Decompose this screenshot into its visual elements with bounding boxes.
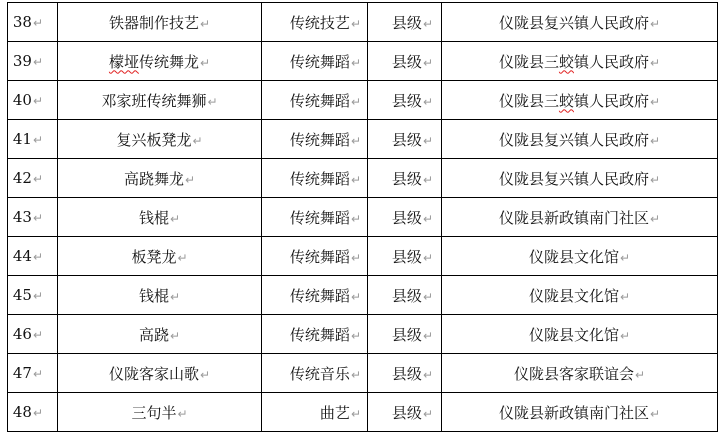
table-row: 48↵ 三句半↵ 曲艺↵ 县级↵ 仪陇县新政镇南门社区↵ xyxy=(8,393,718,432)
project-name: 板凳龙 xyxy=(131,248,176,266)
project-name-cell[interactable]: 檬垭传统舞龙↵ xyxy=(58,42,262,81)
applicant-unit: 仪陇县客家联谊会 xyxy=(514,365,634,383)
paragraph-mark-icon: ↵ xyxy=(33,55,43,69)
paragraph-mark-icon: ↵ xyxy=(170,212,180,226)
paragraph-mark-icon: ↵ xyxy=(192,134,202,148)
row-number-cell[interactable]: 42↵ xyxy=(8,159,58,198)
row-number-cell[interactable]: 46↵ xyxy=(8,315,58,354)
applicant-unit-cell[interactable]: 仪陇县文化馆↵ xyxy=(442,276,718,315)
level-cell[interactable]: 县级↵ xyxy=(368,198,442,237)
row-number: 46 xyxy=(13,325,32,343)
applicant-unit-cell[interactable]: 仪陇县客家联谊会↵ xyxy=(442,354,718,393)
applicant-unit-cell[interactable]: 仪陇县复兴镇人民政府↵ xyxy=(442,3,718,42)
applicant-unit-cell[interactable]: 仪陇县文化馆↵ xyxy=(442,315,718,354)
row-number-cell[interactable]: 38↵ xyxy=(8,3,58,42)
category: 传统舞蹈 xyxy=(290,92,350,110)
level: 县级 xyxy=(392,170,422,188)
row-number: 43 xyxy=(13,208,32,226)
applicant-unit-cell[interactable]: 仪陇县新政镇南门社区↵ xyxy=(442,393,718,432)
table-row: 43↵ 钱棍↵ 传统舞蹈↵ 县级↵ 仪陇县新政镇南门社区↵ xyxy=(8,198,718,237)
applicant-unit: 仪陇县文化馆 xyxy=(529,248,619,266)
heritage-projects-table: 38↵ 铁器制作技艺↵ 传统技艺↵ 县级↵ 仪陇县复兴镇人民政府↵ 39↵ 檬垭… xyxy=(7,2,718,432)
applicant-unit: 仪陇县文化馆 xyxy=(529,287,619,305)
paragraph-mark-icon: ↵ xyxy=(423,251,433,265)
level: 县级 xyxy=(392,326,422,344)
category-cell[interactable]: 传统舞蹈↵ xyxy=(262,42,368,81)
category-cell[interactable]: 传统舞蹈↵ xyxy=(262,315,368,354)
project-name: 邓家班传统舞狮 xyxy=(101,92,206,110)
category: 传统舞蹈 xyxy=(290,209,350,227)
spellcheck-flagged-text: 蛟 xyxy=(559,92,574,110)
category-cell[interactable]: 传统舞蹈↵ xyxy=(262,237,368,276)
level-cell[interactable]: 县级↵ xyxy=(368,237,442,276)
row-number: 47 xyxy=(13,364,32,382)
category: 传统舞蹈 xyxy=(290,287,350,305)
paragraph-mark-icon: ↵ xyxy=(351,290,361,304)
applicant-unit-cell[interactable]: 仪陇县三蛟镇人民政府↵ xyxy=(442,81,718,120)
project-name-cell[interactable]: 板凳龙↵ xyxy=(58,237,262,276)
project-name-cell[interactable]: 钱棍↵ xyxy=(58,198,262,237)
paragraph-mark-icon: ↵ xyxy=(620,329,630,343)
paragraph-mark-icon: ↵ xyxy=(351,212,361,226)
row-number: 48 xyxy=(13,403,32,421)
paragraph-mark-icon: ↵ xyxy=(423,56,433,70)
category-cell[interactable]: 传统舞蹈↵ xyxy=(262,198,368,237)
applicant-unit-cell[interactable]: 仪陇县新政镇南门社区↵ xyxy=(442,198,718,237)
applicant-unit: 仪陇县新政镇南门社区 xyxy=(499,209,649,227)
project-name-cell[interactable]: 复兴板凳龙↵ xyxy=(58,120,262,159)
table-row: 40↵ 邓家班传统舞狮↵ 传统舞蹈↵ 县级↵ 仪陇县三蛟镇人民政府↵ xyxy=(8,81,718,120)
paragraph-mark-icon: ↵ xyxy=(423,290,433,304)
paragraph-mark-icon: ↵ xyxy=(33,172,43,186)
project-name-cell[interactable]: 铁器制作技艺↵ xyxy=(58,3,262,42)
level-cell[interactable]: 县级↵ xyxy=(368,315,442,354)
row-number: 45 xyxy=(13,286,32,304)
paragraph-mark-icon: ↵ xyxy=(351,368,361,382)
level: 县级 xyxy=(392,92,422,110)
paragraph-mark-icon: ↵ xyxy=(200,368,210,382)
paragraph-mark-icon: ↵ xyxy=(423,17,433,31)
row-number-cell[interactable]: 39↵ xyxy=(8,42,58,81)
paragraph-mark-icon: ↵ xyxy=(423,212,433,226)
project-name-cell[interactable]: 高跷↵ xyxy=(58,315,262,354)
paragraph-mark-icon: ↵ xyxy=(200,17,210,31)
applicant-unit: 仪陇县新政镇南门社区 xyxy=(499,404,649,422)
paragraph-mark-icon: ↵ xyxy=(423,134,433,148)
paragraph-mark-icon: ↵ xyxy=(423,95,433,109)
paragraph-mark-icon: ↵ xyxy=(33,16,43,30)
project-name: 铁器制作技艺 xyxy=(109,14,199,32)
row-number-cell[interactable]: 47↵ xyxy=(8,354,58,393)
paragraph-mark-icon: ↵ xyxy=(33,211,43,225)
level: 县级 xyxy=(392,14,422,32)
table-row: 41↵ 复兴板凳龙↵ 传统舞蹈↵ 县级↵ 仪陇县复兴镇人民政府↵ xyxy=(8,120,718,159)
level: 县级 xyxy=(392,365,422,383)
paragraph-mark-icon: ↵ xyxy=(351,173,361,187)
table-body: 38↵ 铁器制作技艺↵ 传统技艺↵ 县级↵ 仪陇县复兴镇人民政府↵ 39↵ 檬垭… xyxy=(8,3,718,432)
paragraph-mark-icon: ↵ xyxy=(423,329,433,343)
category-cell[interactable]: 传统技艺↵ xyxy=(262,3,368,42)
paragraph-mark-icon: ↵ xyxy=(650,17,660,31)
paragraph-mark-icon: ↵ xyxy=(620,290,630,304)
table-row: 38↵ 铁器制作技艺↵ 传统技艺↵ 县级↵ 仪陇县复兴镇人民政府↵ xyxy=(8,3,718,42)
paragraph-mark-icon: ↵ xyxy=(423,407,433,421)
category-cell[interactable]: 曲艺↵ xyxy=(262,393,368,432)
paragraph-mark-icon: ↵ xyxy=(33,367,43,381)
paragraph-mark-icon: ↵ xyxy=(650,95,660,109)
paragraph-mark-icon: ↵ xyxy=(33,406,43,420)
row-number-cell[interactable]: 48↵ xyxy=(8,393,58,432)
project-name: 钱棍 xyxy=(139,287,169,305)
category: 传统音乐 xyxy=(290,365,350,383)
table-row: 45↵ 钱棍↵ 传统舞蹈↵ 县级↵ 仪陇县文化馆↵ xyxy=(8,276,718,315)
applicant-unit-cell[interactable]: 仪陇县复兴镇人民政府↵ xyxy=(442,120,718,159)
paragraph-mark-icon: ↵ xyxy=(351,134,361,148)
level-cell[interactable]: 县级↵ xyxy=(368,159,442,198)
project-name: 仪陇客家山歌 xyxy=(109,365,199,383)
applicant-unit: 仪陇县三蛟镇人民政府 xyxy=(499,53,649,71)
row-number: 38 xyxy=(13,13,32,31)
paragraph-mark-icon: ↵ xyxy=(650,407,660,421)
paragraph-mark-icon: ↵ xyxy=(33,250,43,264)
table-row: 39↵ 檬垭传统舞龙↵ 传统舞蹈↵ 县级↵ 仪陇县三蛟镇人民政府↵ xyxy=(8,42,718,81)
paragraph-mark-icon: ↵ xyxy=(620,251,630,265)
level: 县级 xyxy=(392,404,422,422)
row-number-cell[interactable]: 43↵ xyxy=(8,198,58,237)
applicant-unit: 仪陇县复兴镇人民政府 xyxy=(499,131,649,149)
project-name: 檬垭传统舞龙 xyxy=(109,53,199,71)
row-number: 44 xyxy=(13,247,32,265)
applicant-unit: 仪陇县复兴镇人民政府 xyxy=(499,170,649,188)
table-row: 44↵ 板凳龙↵ 传统舞蹈↵ 县级↵ 仪陇县文化馆↵ xyxy=(8,237,718,276)
category: 传统舞蹈 xyxy=(290,248,350,266)
level: 县级 xyxy=(392,209,422,227)
category: 曲艺 xyxy=(320,404,350,422)
paragraph-mark-icon: ↵ xyxy=(207,95,217,109)
paragraph-mark-icon: ↵ xyxy=(423,173,433,187)
applicant-unit: 仪陇县复兴镇人民政府 xyxy=(499,14,649,32)
spellcheck-flagged-text: 檬垭 xyxy=(109,53,139,71)
spellcheck-flagged-text: 蛟 xyxy=(559,53,574,71)
paragraph-mark-icon: ↵ xyxy=(170,329,180,343)
paragraph-mark-icon: ↵ xyxy=(170,290,180,304)
paragraph-mark-icon: ↵ xyxy=(351,407,361,421)
paragraph-mark-icon: ↵ xyxy=(650,134,660,148)
paragraph-mark-icon: ↵ xyxy=(635,368,645,382)
project-name-cell[interactable]: 钱棍↵ xyxy=(58,276,262,315)
level-cell[interactable]: 县级↵ xyxy=(368,354,442,393)
row-number-cell[interactable]: 41↵ xyxy=(8,120,58,159)
level-cell[interactable]: 县级↵ xyxy=(368,81,442,120)
row-number-cell[interactable]: 40↵ xyxy=(8,81,58,120)
level: 县级 xyxy=(392,287,422,305)
level-cell[interactable]: 县级↵ xyxy=(368,3,442,42)
paragraph-mark-icon: ↵ xyxy=(200,56,210,70)
row-number: 39 xyxy=(13,52,32,70)
paragraph-mark-icon: ↵ xyxy=(650,212,660,226)
table-row: 42↵ 高跷舞龙↵ 传统舞蹈↵ 县级↵ 仪陇县复兴镇人民政府↵ xyxy=(8,159,718,198)
paragraph-mark-icon: ↵ xyxy=(185,173,195,187)
project-name: 复兴板凳龙 xyxy=(116,131,191,149)
row-number-cell[interactable]: 45↵ xyxy=(8,276,58,315)
project-name: 高跷 xyxy=(139,326,169,344)
project-name: 高跷舞龙 xyxy=(124,170,184,188)
paragraph-mark-icon: ↵ xyxy=(33,328,43,342)
category: 传统舞蹈 xyxy=(290,131,350,149)
category: 传统技艺 xyxy=(290,14,350,32)
category-cell[interactable]: 传统舞蹈↵ xyxy=(262,159,368,198)
paragraph-mark-icon: ↵ xyxy=(650,56,660,70)
paragraph-mark-icon: ↵ xyxy=(177,407,187,421)
level: 县级 xyxy=(392,131,422,149)
paragraph-mark-icon: ↵ xyxy=(423,368,433,382)
level: 县级 xyxy=(392,248,422,266)
applicant-unit: 仪陇县三蛟镇人民政府 xyxy=(499,92,649,110)
row-number: 41 xyxy=(13,130,32,148)
level: 县级 xyxy=(392,53,422,71)
paragraph-mark-icon: ↵ xyxy=(177,251,187,265)
paragraph-mark-icon: ↵ xyxy=(351,329,361,343)
paragraph-mark-icon: ↵ xyxy=(33,289,43,303)
row-number: 42 xyxy=(13,169,32,187)
applicant-unit-cell[interactable]: 仪陇县三蛟镇人民政府↵ xyxy=(442,42,718,81)
applicant-unit: 仪陇县文化馆 xyxy=(529,326,619,344)
project-name-cell[interactable]: 三句半↵ xyxy=(58,393,262,432)
paragraph-mark-icon: ↵ xyxy=(351,95,361,109)
table-row: 47↵ 仪陇客家山歌↵ 传统音乐↵ 县级↵ 仪陇县客家联谊会↵ xyxy=(8,354,718,393)
category-cell[interactable]: 传统舞蹈↵ xyxy=(262,276,368,315)
project-name-cell[interactable]: 高跷舞龙↵ xyxy=(58,159,262,198)
category: 传统舞蹈 xyxy=(290,326,350,344)
project-name: 三句半 xyxy=(131,404,176,422)
level-cell[interactable]: 县级↵ xyxy=(368,120,442,159)
project-name: 钱棍 xyxy=(139,209,169,227)
category: 传统舞蹈 xyxy=(290,170,350,188)
category-cell[interactable]: 传统舞蹈↵ xyxy=(262,81,368,120)
category-cell[interactable]: 传统舞蹈↵ xyxy=(262,120,368,159)
paragraph-mark-icon: ↵ xyxy=(351,56,361,70)
project-name-cell[interactable]: 邓家班传统舞狮↵ xyxy=(58,81,262,120)
row-number: 40 xyxy=(13,91,32,109)
category-cell[interactable]: 传统音乐↵ xyxy=(262,354,368,393)
level-cell[interactable]: 县级↵ xyxy=(368,393,442,432)
applicant-unit-cell[interactable]: 仪陇县复兴镇人民政府↵ xyxy=(442,159,718,198)
level-cell[interactable]: 县级↵ xyxy=(368,276,442,315)
paragraph-mark-icon: ↵ xyxy=(33,133,43,147)
paragraph-mark-icon: ↵ xyxy=(33,94,43,108)
table-row: 46↵ 高跷↵ 传统舞蹈↵ 县级↵ 仪陇县文化馆↵ xyxy=(8,315,718,354)
project-name-cell[interactable]: 仪陇客家山歌↵ xyxy=(58,354,262,393)
row-number-cell[interactable]: 44↵ xyxy=(8,237,58,276)
paragraph-mark-icon: ↵ xyxy=(351,17,361,31)
category: 传统舞蹈 xyxy=(290,53,350,71)
paragraph-mark-icon: ↵ xyxy=(650,173,660,187)
applicant-unit-cell[interactable]: 仪陇县文化馆↵ xyxy=(442,237,718,276)
document-page: 38↵ 铁器制作技艺↵ 传统技艺↵ 县级↵ 仪陇县复兴镇人民政府↵ 39↵ 檬垭… xyxy=(0,0,725,439)
level-cell[interactable]: 县级↵ xyxy=(368,42,442,81)
paragraph-mark-icon: ↵ xyxy=(351,251,361,265)
